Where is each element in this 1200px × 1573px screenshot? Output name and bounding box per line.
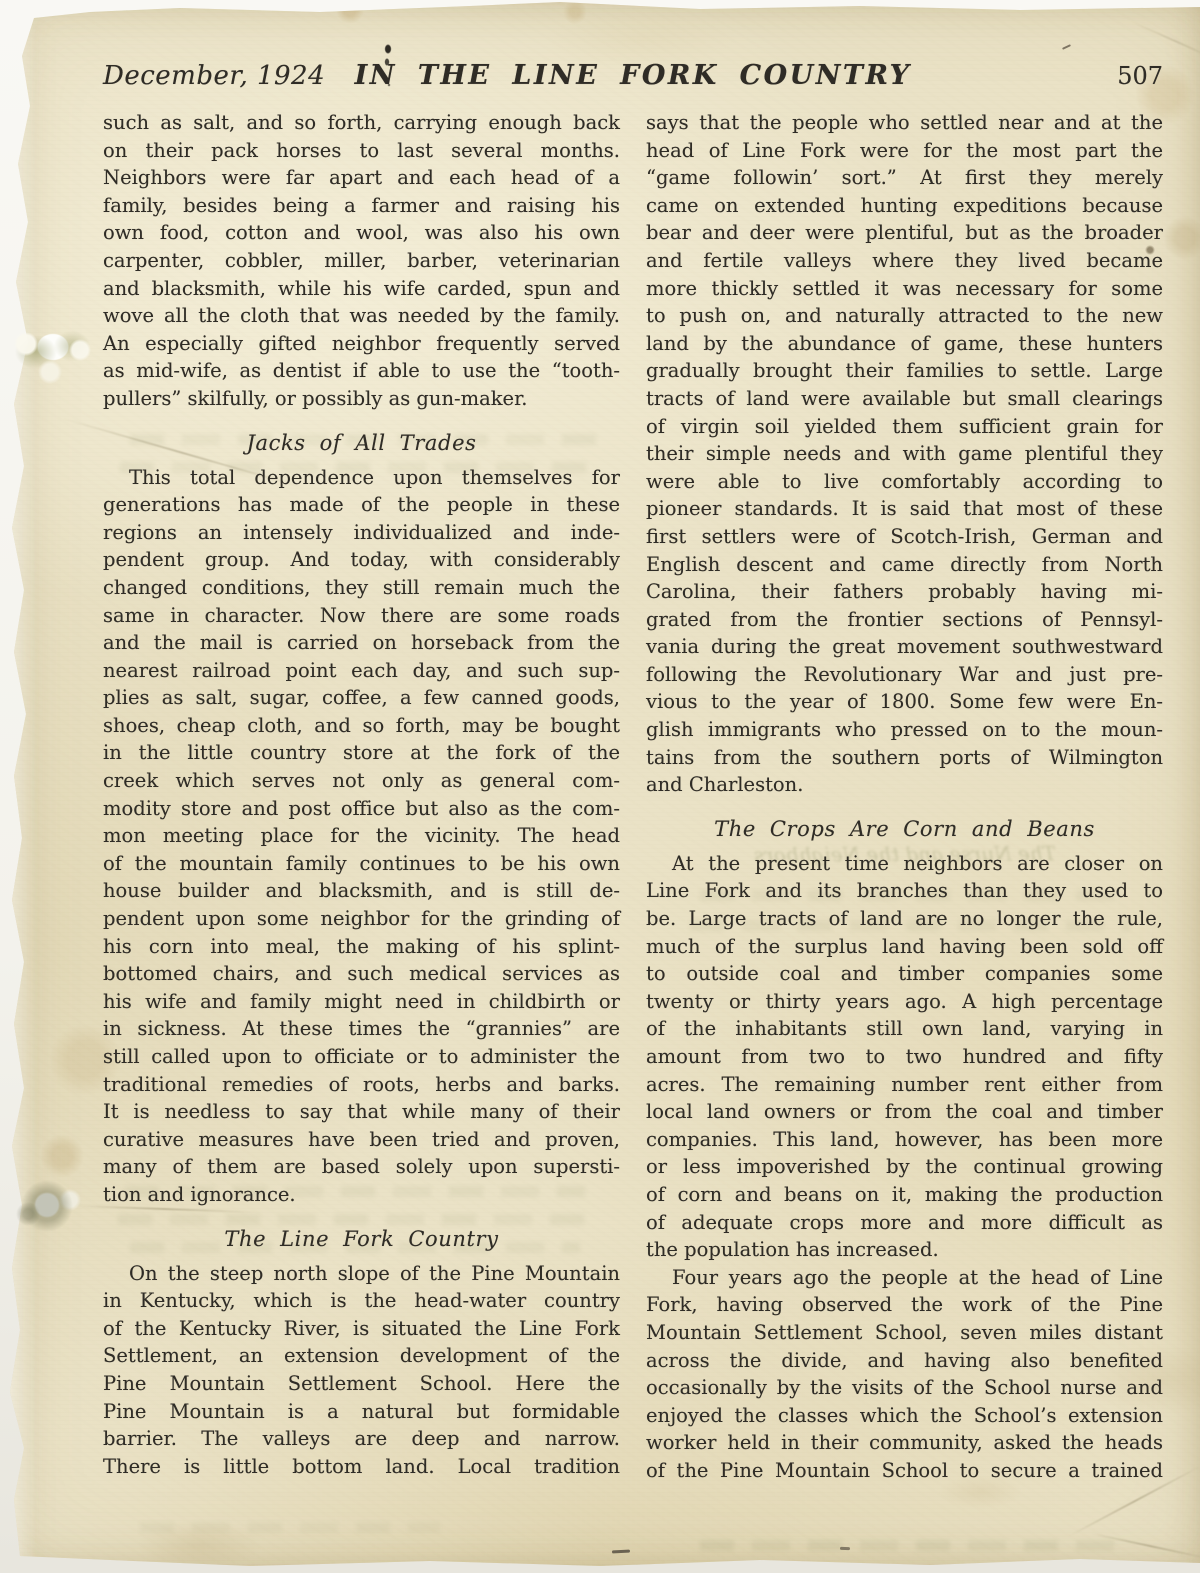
text-line: Pine Mountain Settlement School. Here th… <box>103 1370 620 1398</box>
text-line: their simple needs and with game plentif… <box>646 440 1163 468</box>
text-line: Settlement, an extension development of … <box>103 1342 620 1370</box>
text-line: more thickly settled it was necessary fo… <box>646 275 1163 303</box>
text-line: wove all the cloth that was needed by th… <box>103 302 620 330</box>
section-heading: Jacks of All Trades <box>103 428 620 458</box>
paper-crease <box>1134 22 1200 60</box>
text-line: companies. This land, however, has been … <box>646 1126 1163 1154</box>
text-line: English descent and came directly from N… <box>646 551 1163 579</box>
text-line: It is needless to say that while many of… <box>103 1098 620 1126</box>
pencil-mark <box>1062 44 1071 50</box>
text-line: An especially gifted neighbor frequently… <box>103 330 620 358</box>
text-line: says that the people who settled near an… <box>646 109 1163 137</box>
page-title: IN THE LINE FORK COUNTRY <box>355 60 912 91</box>
text-line: worker held in their community, asked th… <box>646 1429 1163 1457</box>
text-line: the population has increased. <box>646 1236 1163 1264</box>
text-line: twenty or thirty years ago. A high perce… <box>646 988 1163 1016</box>
text-line: to outside coal and timber companies som… <box>646 960 1163 988</box>
pencil-mark <box>612 1550 630 1554</box>
text-line: of the inhabitants still own land, varyi… <box>646 1015 1163 1043</box>
bleed-through-haze <box>700 1540 1120 1551</box>
text-line: curative measures have been tried and pr… <box>103 1126 620 1154</box>
text-line: vania during the great movement southwes… <box>646 633 1163 661</box>
text-line: pendent upon some neighbor for the grind… <box>103 905 620 933</box>
text-line: and blacksmith, while his wife carded, s… <box>103 275 620 303</box>
text-line: or less impoverished by the continual gr… <box>646 1153 1163 1181</box>
text-line: pullers” skilfully, or possibly as gun-m… <box>103 385 620 413</box>
section-heading: The Crops Are Corn and Beans <box>646 814 1163 844</box>
paragraph: says that the people who settled near an… <box>646 109 1163 799</box>
text-line: bottomed chairs, and such medical servic… <box>103 960 620 988</box>
text-line: regions an intensely individualized and … <box>103 519 620 547</box>
text-line: gradually brought their families to sett… <box>646 357 1163 385</box>
text-line: in sickness. At these times the “grannie… <box>103 1015 620 1043</box>
text-line: to push on, and naturally attracted to t… <box>646 302 1163 330</box>
text-line: “game followin’ sort.” At first they mer… <box>646 164 1163 192</box>
text-line: plies as salt, sugar, coffee, a few cann… <box>103 684 620 712</box>
text-line: creek which serves not only as general c… <box>103 767 620 795</box>
text-line: changed conditions, they still remain mu… <box>103 574 620 602</box>
text-line: Pine Mountain is a natural but formidabl… <box>103 1398 620 1426</box>
left-column: such as salt, and so forth, carrying eno… <box>103 109 620 1485</box>
text-line: of adequate crops more and more difficul… <box>646 1209 1163 1237</box>
text-line: in the little country store at the fork … <box>103 739 620 767</box>
section-heading: The Line Fork Country <box>103 1224 620 1254</box>
text-line: tains from the southern ports of Wilming… <box>646 744 1163 772</box>
paragraph: At the present time neighbors are closer… <box>646 850 1163 1264</box>
text-line: head of Line Fork were for the most part… <box>646 137 1163 165</box>
text-line: his corn into meal, the making of his sp… <box>103 933 620 961</box>
text-line: Neighbors were far apart and each head o… <box>103 164 620 192</box>
text-line: bear and deer were plentiful, but as the… <box>646 219 1163 247</box>
issue-date: December, 1924 <box>103 61 355 91</box>
text-line: generations has made of the people in th… <box>103 491 620 519</box>
text-line: house builder and blacksmith, and is sti… <box>103 877 620 905</box>
text-line: such as salt, and so forth, carrying eno… <box>103 109 620 137</box>
paragraph: Four years ago the people at the head of… <box>646 1264 1163 1485</box>
text-line: shoes, cheap cloth, and so forth, may be… <box>103 712 620 740</box>
text-line: nearest railroad point each day, and suc… <box>103 657 620 685</box>
text-line: local land owners or from the coal and t… <box>646 1098 1163 1126</box>
text-line: his wife and family might need in childb… <box>103 988 620 1016</box>
text-line: own food, cotton and wool, was also his … <box>103 219 620 247</box>
text-line: There is little bottom land. Local tradi… <box>103 1453 620 1481</box>
text-line: carpenter, cobbler, miller, barber, vete… <box>103 247 620 275</box>
text-line: Line Fork and its branches than they use… <box>646 877 1163 905</box>
text-line: On the steep north slope of the Pine Mou… <box>103 1260 620 1288</box>
text-line: following the Revolutionary War and just… <box>646 661 1163 689</box>
text-line: be. Large tracts of land are no longer t… <box>646 905 1163 933</box>
right-column: says that the people who settled near an… <box>646 109 1163 1485</box>
text-line: tion and ignorance. <box>103 1181 620 1209</box>
text-line: Carolina, their fathers probably having … <box>646 578 1163 606</box>
text-line: much of the surplus land having been sol… <box>646 933 1163 961</box>
magazine-page: December, 1924 IN THE LINE FORK COUNTRY … <box>0 0 1200 1573</box>
text-line: and fertile valleys where they lived bec… <box>646 247 1163 275</box>
text-line: modity store and post office but also as… <box>103 795 620 823</box>
text-line: Four years ago the people at the head of… <box>646 1264 1163 1292</box>
text-line: as mid-wife, as dentist if able to use t… <box>103 357 620 385</box>
text-line: in Kentucky, which is the head-water cou… <box>103 1287 620 1315</box>
paragraph: This total dependence upon themselves fo… <box>103 464 620 1209</box>
text-line: of the Pine Mountain School to secure a … <box>646 1457 1163 1485</box>
text-line: on their pack horses to last several mon… <box>103 137 620 165</box>
page-number: 507 <box>911 62 1163 90</box>
text-line: many of them are based solely upon super… <box>103 1153 620 1181</box>
text-line: vious to the year of 1800. Some few were… <box>646 688 1163 716</box>
text-line: of virgin soil yielded them sufficient g… <box>646 413 1163 441</box>
text-line: Mountain Settlement School, seven miles … <box>646 1319 1163 1347</box>
text-line: glish immigrants who pressed on to the m… <box>646 716 1163 744</box>
text-line: of the mountain family continues to be h… <box>103 850 620 878</box>
text-line: family, besides being a farmer and raisi… <box>103 192 620 220</box>
text-line: came on extended hunting expeditions bec… <box>646 192 1163 220</box>
text-line: barrier. The valleys are deep and narrow… <box>103 1425 620 1453</box>
text-columns: such as salt, and so forth, carrying eno… <box>0 109 1200 1485</box>
text-line: occasionally by the visits of the School… <box>646 1374 1163 1402</box>
text-line: first settlers were of Scotch-Irish, Ger… <box>646 523 1163 551</box>
text-line: of the Kentucky River, is situated the L… <box>103 1315 620 1343</box>
text-line: were able to live comfortably according … <box>646 468 1163 496</box>
text-line: enjoyed the classes which the School’s e… <box>646 1402 1163 1430</box>
paragraph: On the steep north slope of the Pine Mou… <box>103 1260 620 1481</box>
text-line: amount from two to two hundred and fifty <box>646 1043 1163 1071</box>
text-line: and the mail is carried on horseback fro… <box>103 629 620 657</box>
bleed-through-haze <box>140 1522 440 1533</box>
page-header: December, 1924 IN THE LINE FORK COUNTRY … <box>0 60 1200 91</box>
text-line: This total dependence upon themselves fo… <box>103 464 620 492</box>
text-line: acres. The remaining number rent either … <box>646 1071 1163 1099</box>
scanned-document: December, 1924 IN THE LINE FORK COUNTRY … <box>0 0 1200 1573</box>
text-line: still called upon to officiate or to adm… <box>103 1043 620 1071</box>
text-line: tracts of land were available but small … <box>646 385 1163 413</box>
text-line: pendent group. And today, with considera… <box>103 546 620 574</box>
text-line: At the present time neighbors are closer… <box>646 850 1163 878</box>
text-line: and Charleston. <box>646 771 1163 799</box>
text-line: pioneer standards. It is said that most … <box>646 495 1163 523</box>
text-line: same in character. Now there are some ro… <box>103 602 620 630</box>
paragraph: such as salt, and so forth, carrying eno… <box>103 109 620 413</box>
paper-crease <box>1091 1533 1200 1559</box>
text-line: Fork, having observed the work of the Pi… <box>646 1291 1163 1319</box>
text-line: mon meeting place for the vicinity. The … <box>103 822 620 850</box>
text-line: traditional remedies of roots, herbs and… <box>103 1071 620 1099</box>
text-line: grated from the frontier sections of Pen… <box>646 606 1163 634</box>
pencil-mark <box>840 1547 850 1550</box>
text-line: across the divide, and having also benef… <box>646 1347 1163 1375</box>
text-line: of corn and beans on it, making the prod… <box>646 1181 1163 1209</box>
text-line: land by the abundance of game, these hun… <box>646 330 1163 358</box>
